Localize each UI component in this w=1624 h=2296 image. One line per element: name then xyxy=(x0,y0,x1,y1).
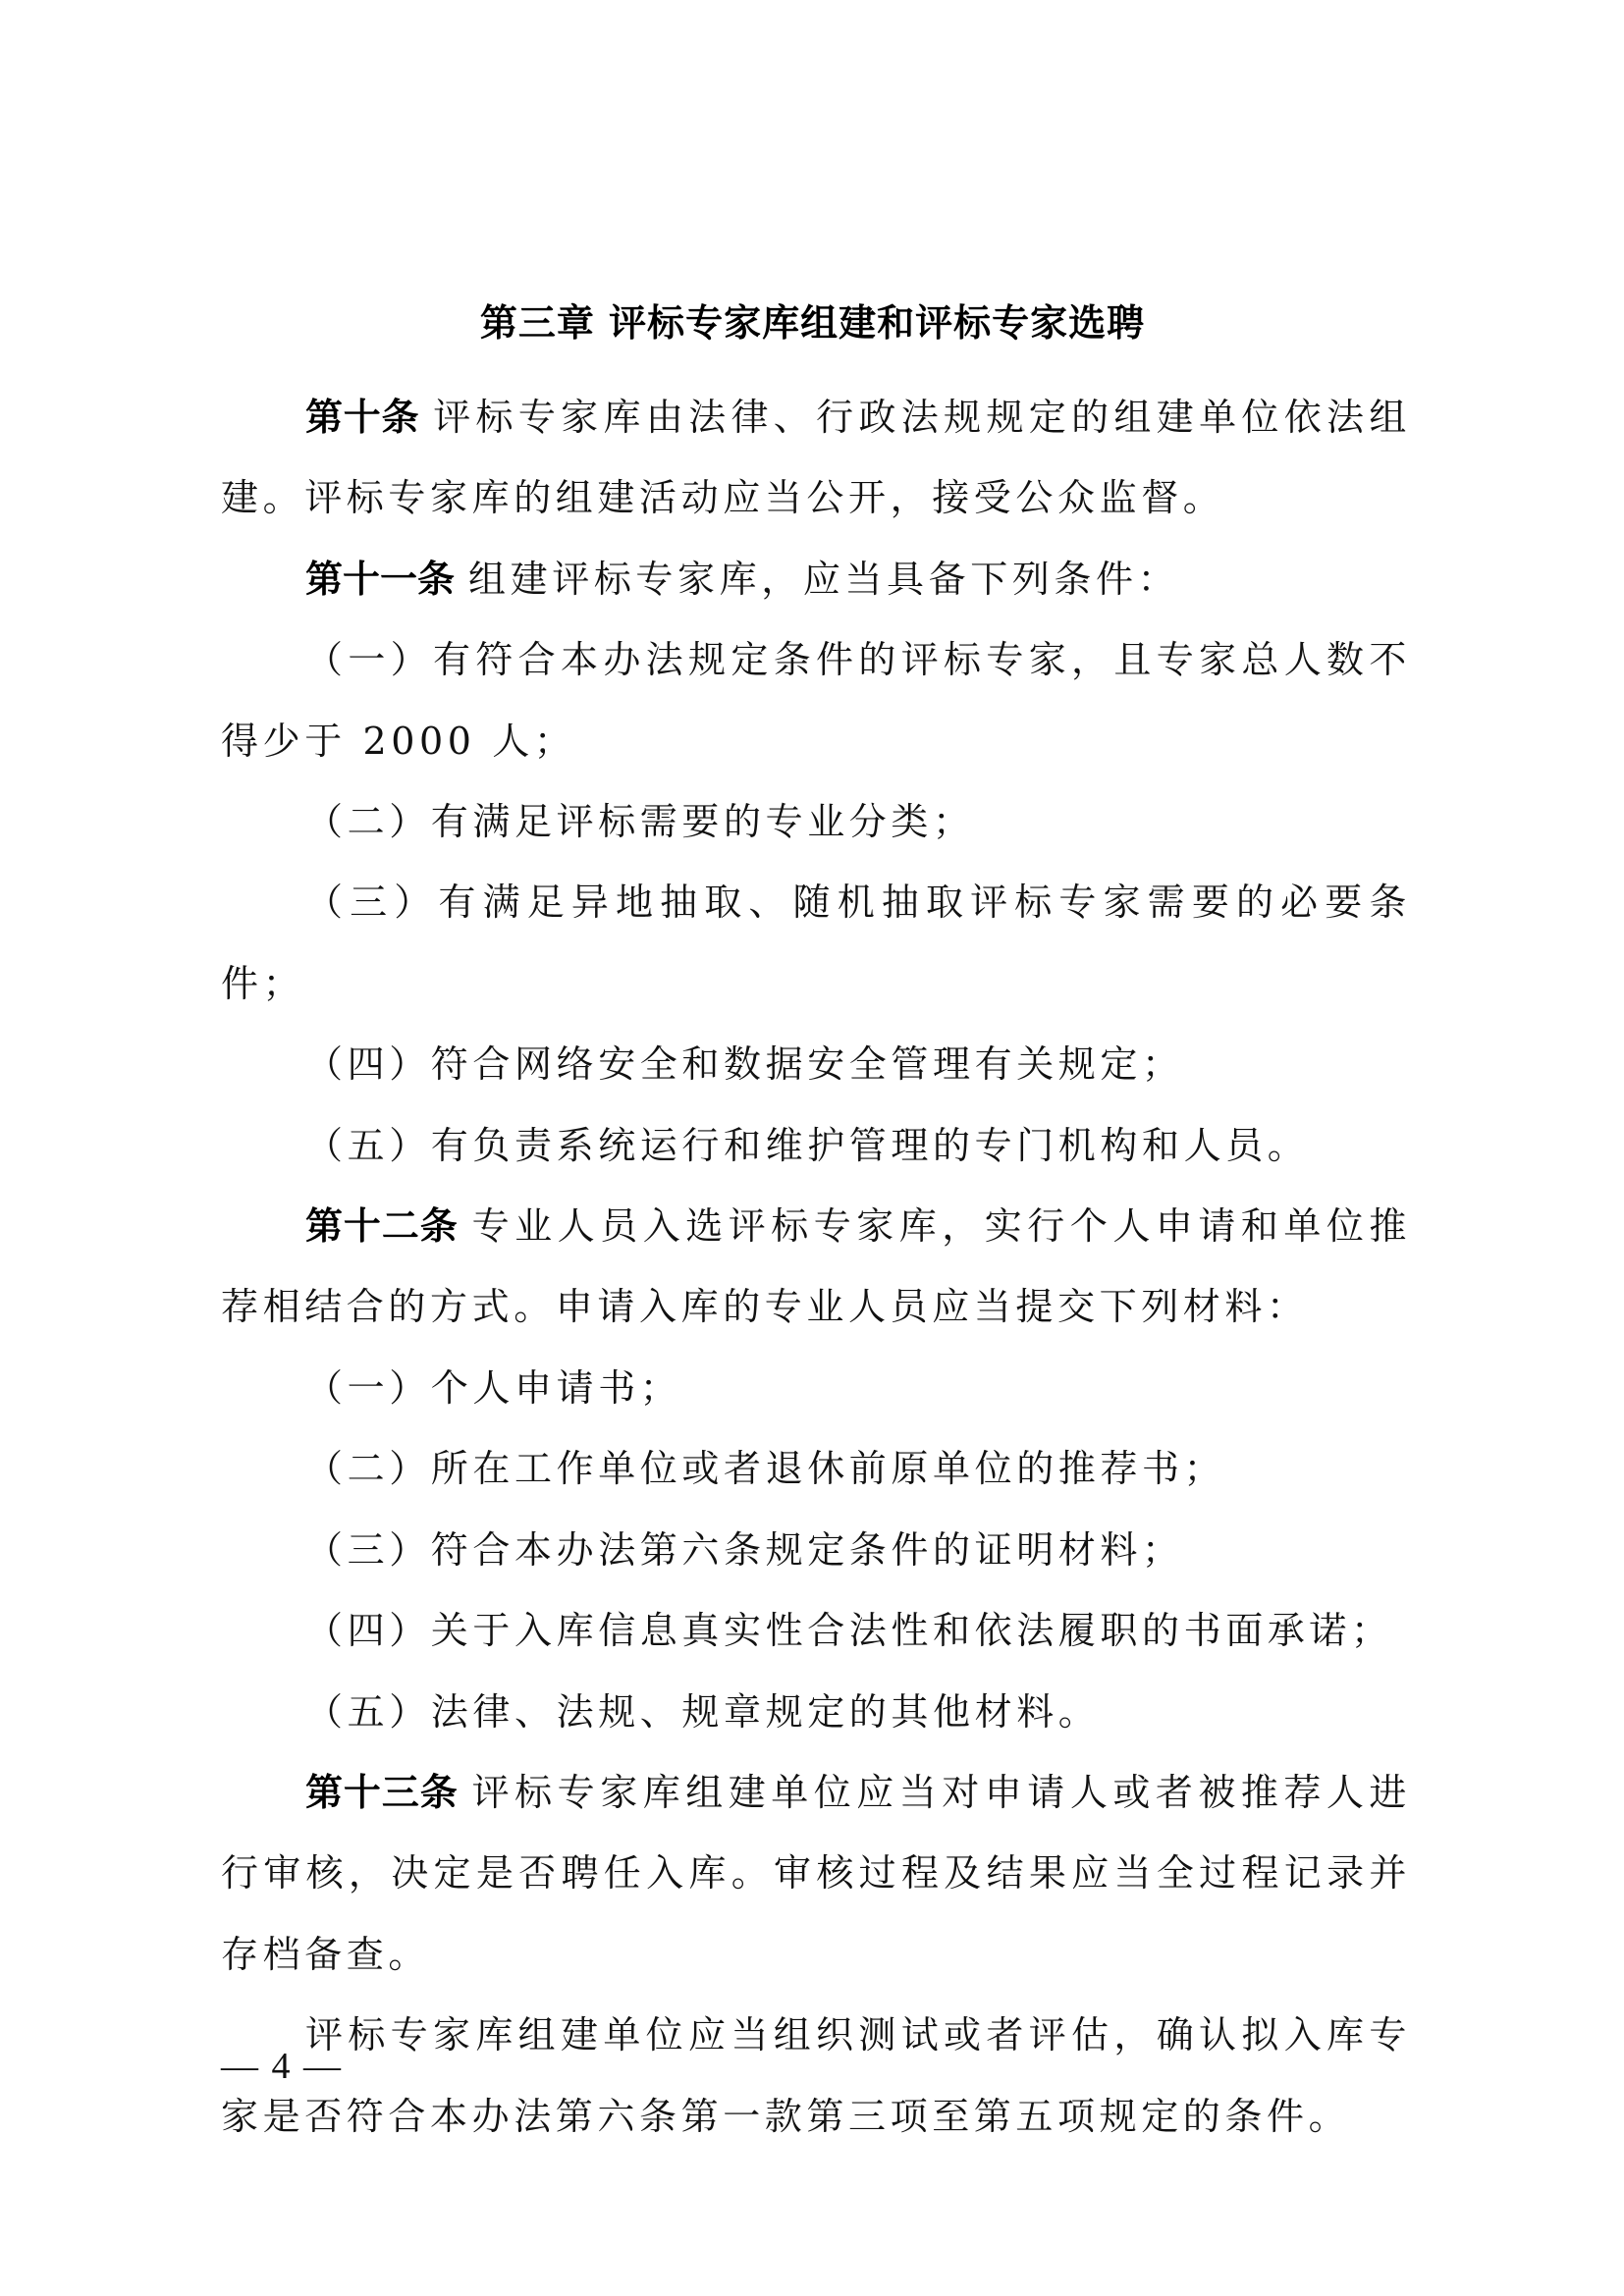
paragraph-text: （二）有满足评标需要的专业分类； xyxy=(305,800,975,843)
paragraph-text: （一）有符合本办法规定条件的评标专家，且专家总人数不得少于 2000 人； xyxy=(221,638,1411,762)
list-item: （二）所在工作单位或者退休前原单位的推荐书； xyxy=(221,1428,1411,1509)
list-item: （一）有符合本办法规定条件的评标专家，且专家总人数不得少于 2000 人； xyxy=(221,619,1411,781)
list-item: （四）符合网络安全和数据安全管理有关规定； xyxy=(221,1024,1411,1104)
article-label: 第十三条 xyxy=(305,1771,459,1814)
paragraph-article-10: 第十条评标专家库由法律、行政法规规定的组建单位依法组建。评标专家库的组建活动应当… xyxy=(221,377,1411,539)
article-label: 第十二条 xyxy=(305,1204,459,1248)
paragraph-text: （二）所在工作单位或者退休前原单位的推荐书； xyxy=(305,1447,1225,1490)
page-number: — 4 — xyxy=(221,2042,343,2091)
paragraph-text: （一）个人申请书； xyxy=(305,1366,681,1410)
paragraph-article-12: 第十二条专业人员入选评标专家库，实行个人申请和单位推荐相结合的方式。申请入库的专… xyxy=(221,1186,1411,1348)
paragraph-text: （三）有满足异地抽取、随机抽取评标专家需要的必要条件； xyxy=(221,881,1411,1004)
paragraph: 评标专家库组建单位应当组织测试或者评估，确认拟入库专家是否符合本办法第六条第一款… xyxy=(221,1995,1411,2157)
paragraph-text: 评标专家库组建单位应当组织测试或者评估，确认拟入库专家是否符合本办法第六条第一款… xyxy=(221,2013,1411,2137)
list-item: （一）个人申请书； xyxy=(221,1348,1411,1428)
document-page: 第三章 评标专家库组建和评标专家选聘 第十条评标专家库由法律、行政法规规定的组建… xyxy=(0,0,1624,2296)
paragraph-text: （五）法律、法规、规章规定的其他材料。 xyxy=(305,1690,1100,1734)
paragraph-article-11: 第十一条组建评标专家库，应当具备下列条件： xyxy=(221,539,1411,619)
list-item: （二）有满足评标需要的专业分类； xyxy=(221,781,1411,862)
list-item: （四）关于入库信息真实性合法性和依法履职的书面承诺； xyxy=(221,1590,1411,1671)
paragraph-text: 组建评标专家库，应当具备下列条件： xyxy=(468,558,1179,601)
document-body: 第十条评标专家库由法律、行政法规规定的组建单位依法组建。评标专家库的组建活动应当… xyxy=(221,377,1411,2157)
paragraph-text: （四）关于入库信息真实性合法性和依法履职的书面承诺； xyxy=(305,1609,1393,1652)
list-item: （五）法律、法规、规章规定的其他材料。 xyxy=(221,1672,1411,1752)
article-label: 第十一条 xyxy=(305,558,455,601)
paragraph-article-13: 第十三条评标专家库组建单位应当对申请人或者被推荐人进行审核，决定是否聘任入库。审… xyxy=(221,1752,1411,1995)
list-item: （三）有满足异地抽取、随机抽取评标专家需要的必要条件； xyxy=(221,862,1411,1024)
list-item: （三）符合本办法第六条规定条件的证明材料； xyxy=(221,1510,1411,1590)
chapter-title: 第三章 评标专家库组建和评标专家选聘 xyxy=(221,297,1404,348)
paragraph-text: （五）有负责系统运行和维护管理的专门机构和人员。 xyxy=(305,1124,1309,1167)
paragraph-text: （四）符合网络安全和数据安全管理有关规定； xyxy=(305,1042,1184,1086)
paragraph-text: （三）符合本办法第六条规定条件的证明材料； xyxy=(305,1528,1184,1572)
list-item: （五）有负责系统运行和维护管理的专门机构和人员。 xyxy=(221,1105,1411,1186)
article-label: 第十条 xyxy=(305,396,419,439)
